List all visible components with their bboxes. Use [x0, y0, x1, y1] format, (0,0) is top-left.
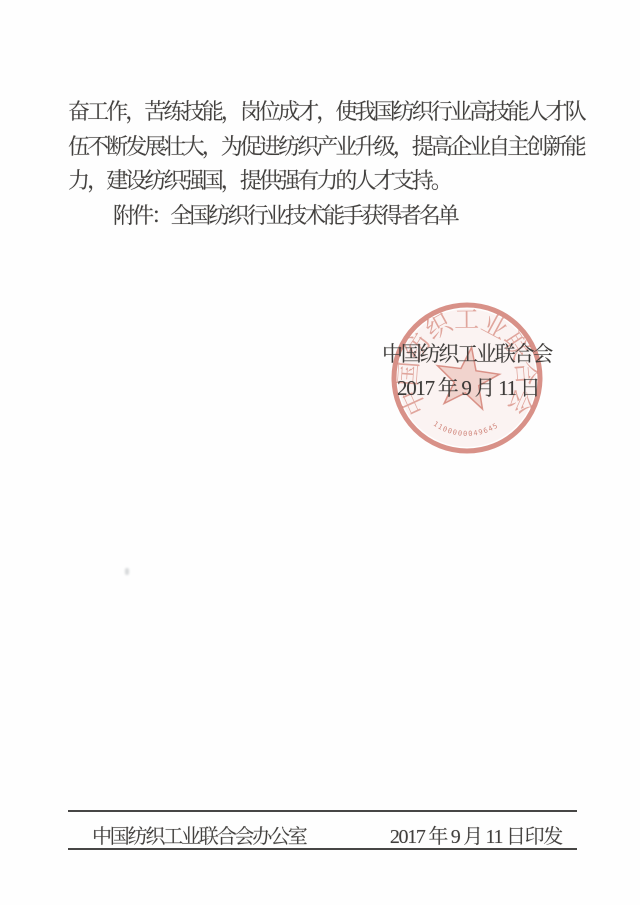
scan-artifact [125, 568, 129, 575]
attachment-line: 附件：全国纺织行业技术能手获得者名单 [113, 199, 593, 234]
signature-organization: 中国纺织工业联合会 [382, 338, 551, 368]
footer-rule-bottom [68, 848, 577, 850]
footer-print-date: 2017 年 9 月 11 日印发 [390, 820, 562, 849]
document-page: 奋工作，苦练技能，岗位成才，使我国纺织行业高技能人才队 伍不断发展壮大，为促进纺… [0, 0, 640, 905]
paragraph-line: 奋工作，苦练技能，岗位成才，使我国纺织行业高技能人才队 [68, 95, 593, 130]
footer-rule-top [68, 810, 577, 812]
paragraph-line: 伍不断发展壮大，为促进纺织产业升级，提高企业自主创新能 [68, 130, 593, 165]
paragraph-line: 力，建设纺织强国，提供强有力的人才支持。 [68, 164, 593, 199]
footer-issuer: 中国纺织工业联合会办公室 [92, 820, 306, 849]
body-paragraph: 奋工作，苦练技能，岗位成才，使我国纺织行业高技能人才队 伍不断发展壮大，为促进纺… [68, 95, 593, 233]
signature-date: 2017 年 9 月 11 日 [397, 372, 539, 402]
